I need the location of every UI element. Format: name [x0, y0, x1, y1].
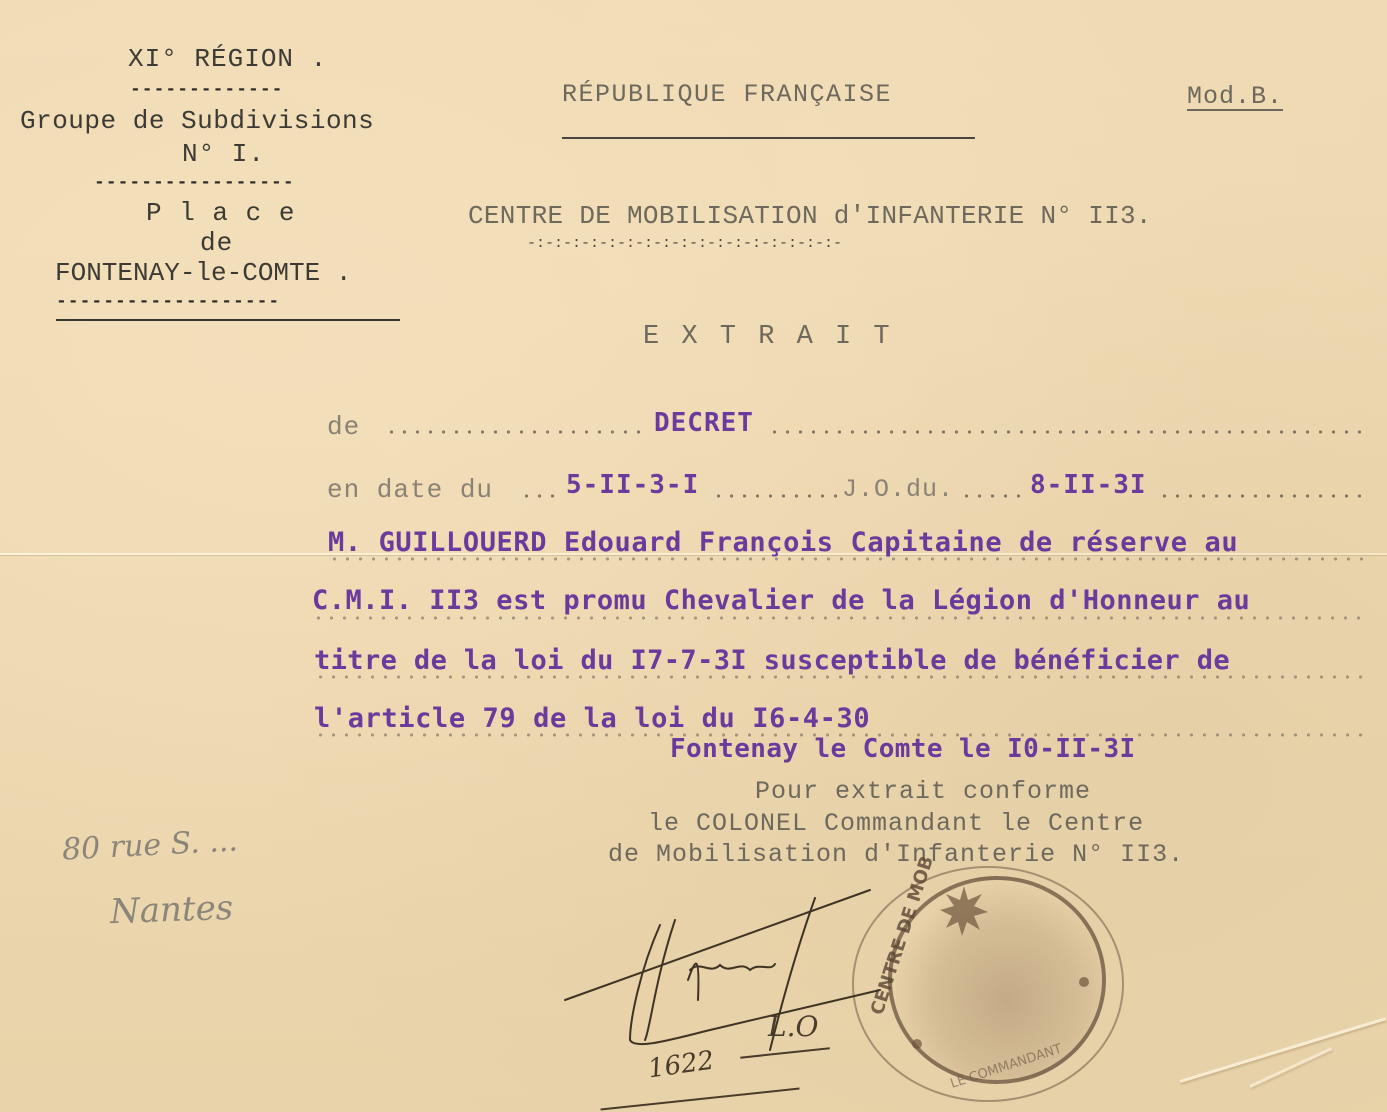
republic-underline	[562, 137, 975, 139]
dotted-leader	[312, 616, 1368, 620]
dotted-leader	[712, 494, 842, 498]
paper-crease	[1249, 1047, 1332, 1088]
dotted-leader	[520, 494, 564, 498]
jo-label: J.O.du.	[842, 475, 954, 504]
signature-icon	[560, 880, 880, 1080]
body-line-2: C.M.I. II3 est promu Chevalier de la Lég…	[312, 585, 1250, 616]
seal-emblem-icon: CENTRE DE MOB LE COMMANDANT	[852, 866, 1120, 1098]
pencil-city: Nantes	[109, 888, 233, 932]
subdivision-divider: -----------------	[94, 173, 295, 193]
centre-ornament: -:-:-:-:-:-:-:-:-:-:-:-:-:-:-:-:-:-	[527, 235, 842, 252]
initials: L.O	[768, 1010, 818, 1043]
centre-heading: CENTRE DE MOBILISATION d'INFANTERIE N° I…	[468, 201, 1152, 231]
document-page: XI° RÉGION . ------------- Groupe de Sub…	[0, 0, 1387, 1112]
certification-line-2: le COLONEL Commandant le Centre	[648, 809, 1144, 838]
dotted-leader	[960, 494, 1026, 498]
dotted-leader	[385, 430, 650, 434]
dotted-leader	[768, 430, 1368, 434]
place-underline	[56, 319, 400, 321]
model-reference: Mod.B.	[1187, 82, 1283, 111]
place-date: Fontenay le Comte le I0-II-3I	[670, 734, 1136, 764]
subdivision-number: N° I.	[182, 139, 265, 169]
place-name: FONTENAY-le-COMTE .	[55, 258, 351, 288]
paper-crease	[1180, 1017, 1386, 1083]
act-type: DECRET	[654, 408, 754, 438]
body-line-1: M. GUILLOUERD Edouard François Capitaine…	[328, 527, 1238, 558]
decree-date: 5-II-3-I	[566, 470, 699, 500]
dotted-leader	[328, 557, 1368, 561]
dotted-leader	[1158, 494, 1368, 498]
region-divider: -------------	[130, 80, 283, 100]
region-heading: XI° RÉGION .	[128, 44, 327, 74]
extract-title: E X T R A I T	[643, 322, 893, 352]
place-divider: -------------------	[56, 292, 280, 312]
republic-heading: RÉPUBLIQUE FRANÇAISE	[562, 80, 892, 109]
dotted-leader	[314, 675, 1368, 679]
jo-date: 8-II-3I	[1030, 470, 1147, 500]
date-label: en date du	[327, 475, 493, 505]
pencil-address: 80 rue S. ...	[61, 823, 238, 867]
svg-text:LE COMMANDANT: LE COMMANDANT	[949, 1042, 1064, 1092]
certification-line-1: Pour extrait conforme	[755, 777, 1091, 806]
place-label: P l a c e	[146, 198, 295, 228]
register-underline	[600, 1088, 799, 1110]
de-label: de	[327, 412, 360, 442]
body-line-4: l'article 79 de la loi du I6-4-30	[314, 703, 870, 734]
body-line-3: titre de la loi du I7-7-3I susceptible d…	[314, 645, 1230, 676]
place-de: de	[200, 228, 233, 258]
certification-line-3: de Mobilisation d'Infanterie N° II3.	[608, 840, 1184, 869]
subdivision-group: Groupe de Subdivisions	[20, 106, 374, 136]
